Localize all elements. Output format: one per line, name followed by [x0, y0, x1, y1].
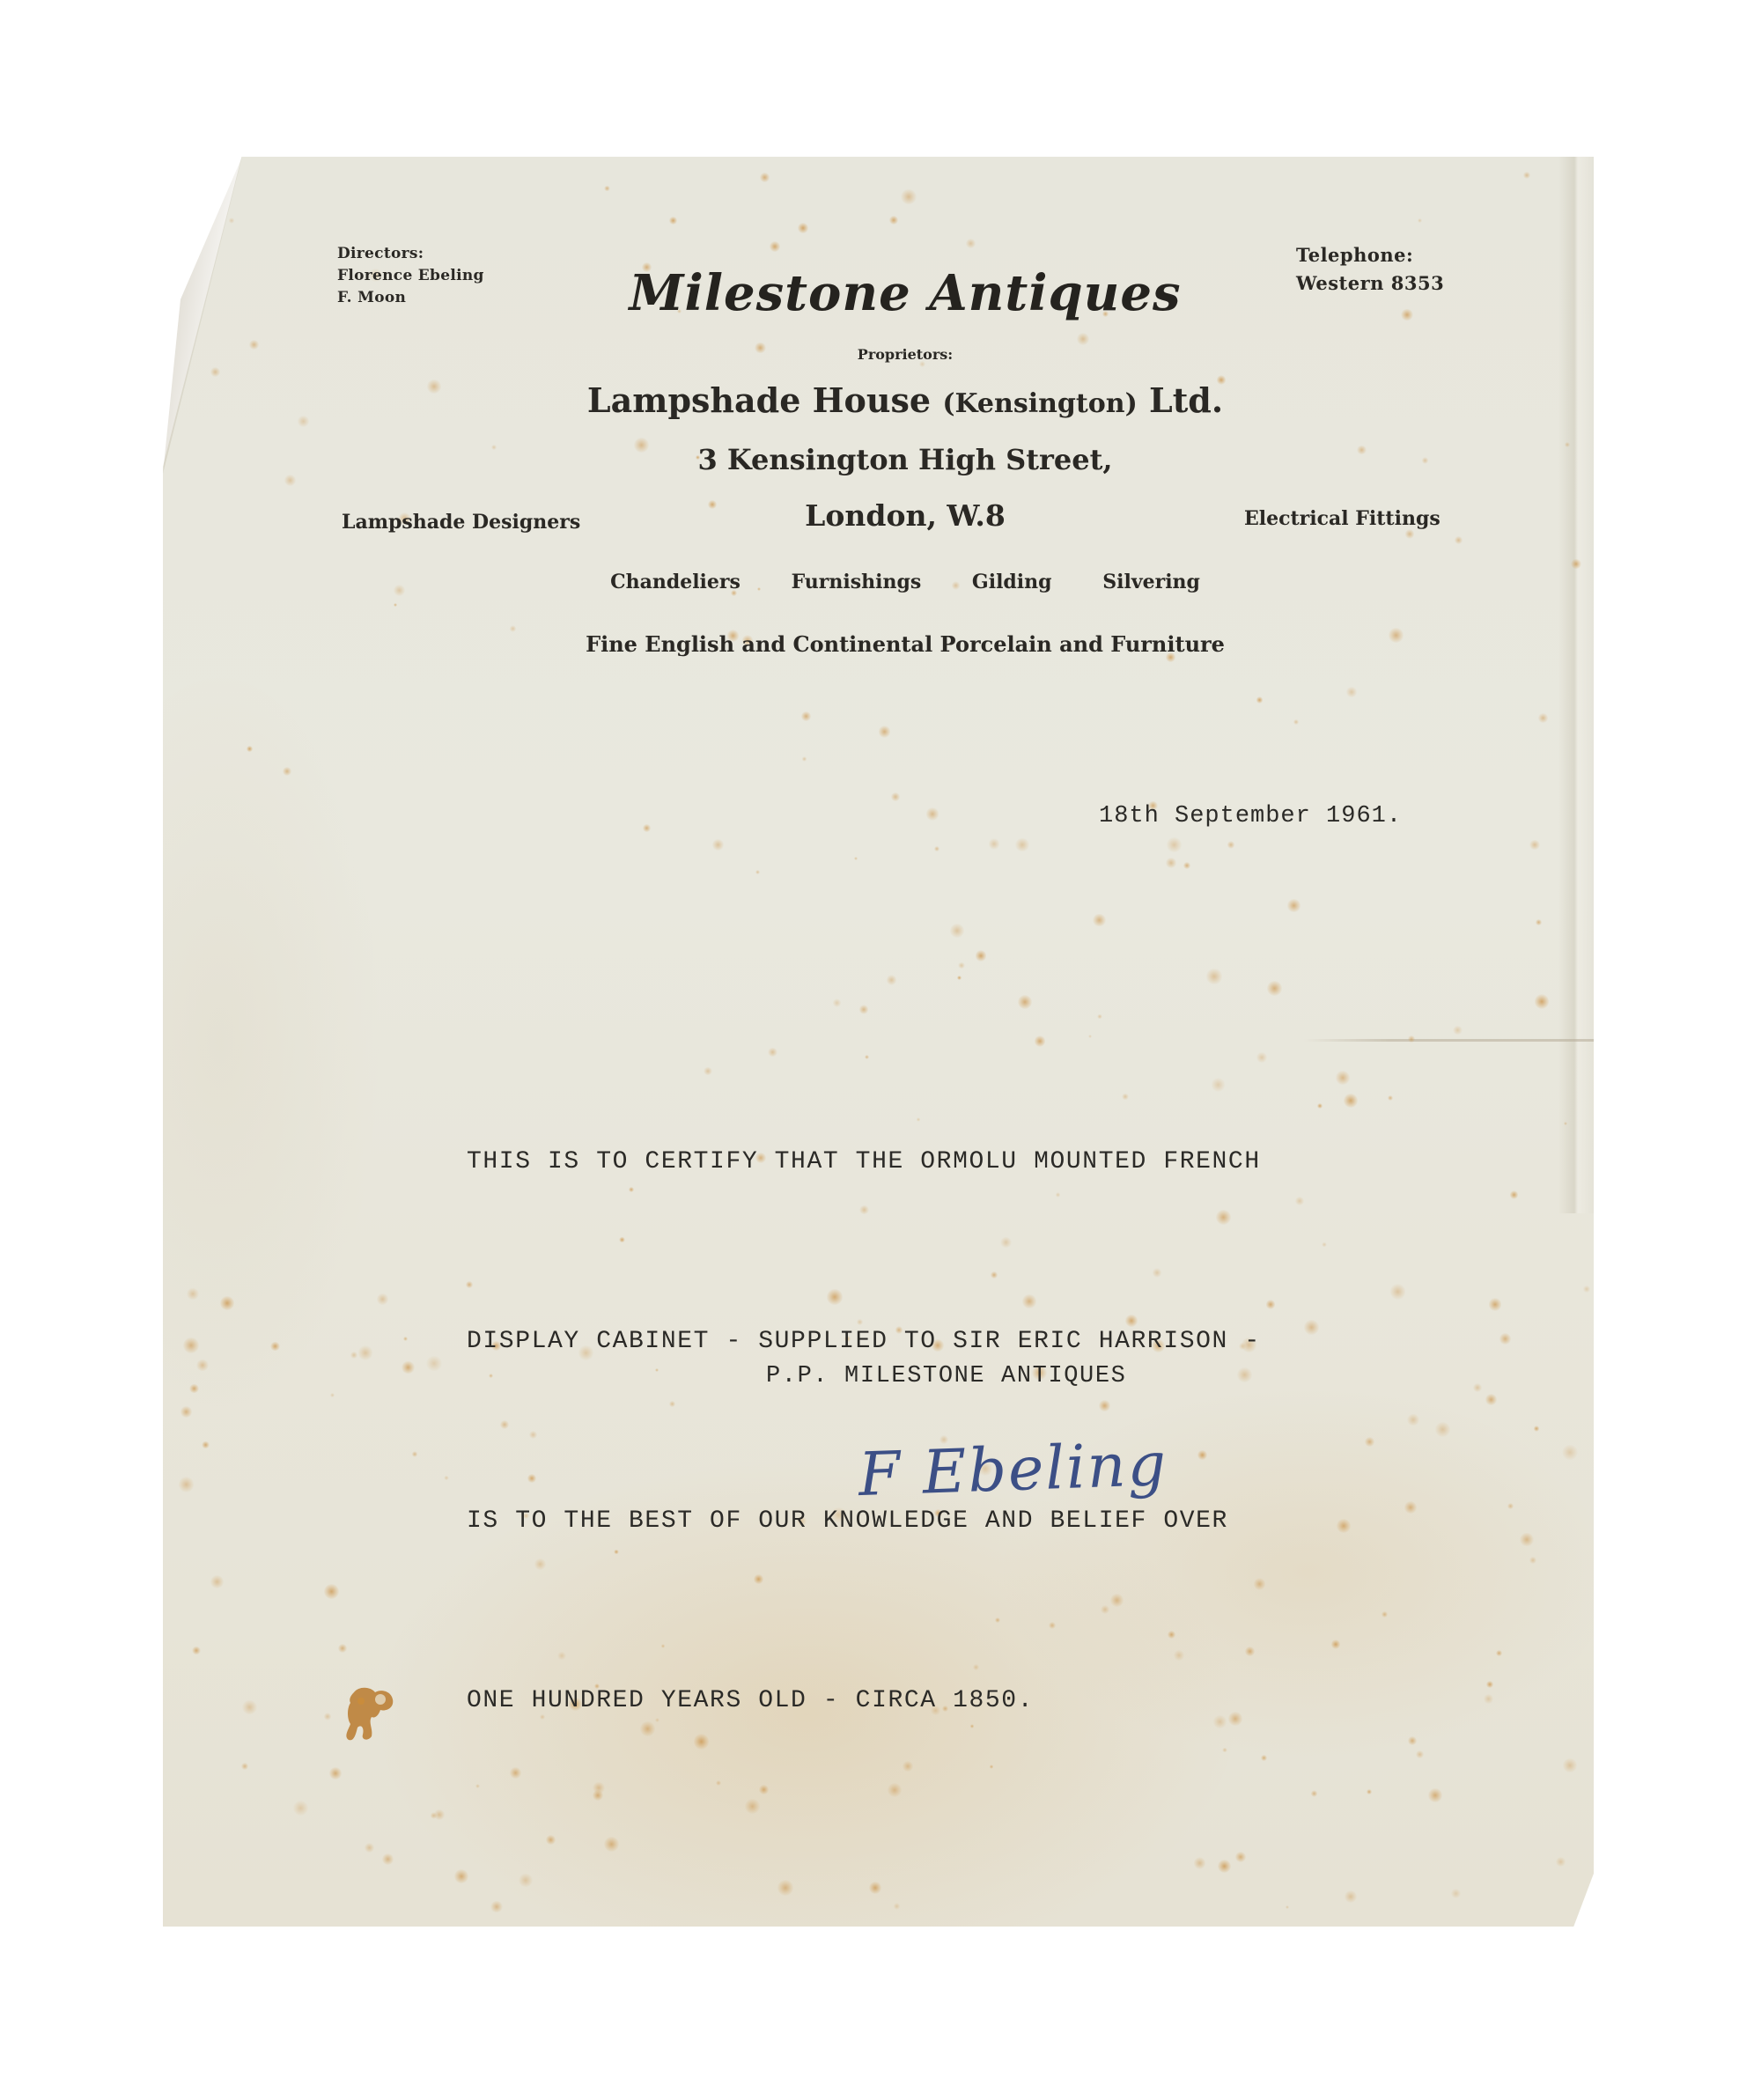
letter-body: THIS IS TO CERTIFY THAT THE ORMOLU MOUNT… — [467, 1013, 1261, 1791]
sign-off: P.P. MILESTONE ANTIQUES — [766, 1363, 1126, 1389]
body-line: ONE HUNDRED YEARS OLD - CIRCA 1850. — [467, 1671, 1261, 1731]
service-item: Chandeliers — [610, 571, 741, 593]
left-service: Lampshade Designers — [342, 511, 580, 534]
tagline: Fine English and Continental Porcelain a… — [25, 631, 1761, 657]
handwritten-signature: F Ebeling — [858, 1430, 1169, 1510]
body-line: THIS IS TO CERTIFY THAT THE ORMOLU MOUNT… — [467, 1132, 1261, 1192]
city: London, W.8 — [25, 498, 1761, 533]
business-name: Milestone Antiques — [25, 264, 1761, 322]
company-name: Lampshade House (Kensington) Ltd. — [25, 380, 1761, 420]
company-name-main: Lampshade House — [587, 380, 931, 420]
proprietors-label: Proprietors: — [25, 346, 1761, 363]
services-list: Chandeliers Furnishings Gilding Silverin… — [25, 571, 1761, 593]
company-suffix: Ltd. — [1149, 380, 1223, 420]
right-service: Electrical Fittings — [1244, 507, 1440, 530]
service-item: Furnishings — [792, 571, 922, 593]
letter-date: 18th September 1961. — [1099, 803, 1402, 829]
service-item: Gilding — [972, 571, 1052, 593]
directors-label: Directors: — [337, 243, 484, 265]
company-name-paren: (Kensington) — [942, 388, 1137, 419]
service-item: Silvering — [1102, 571, 1200, 593]
street-address: 3 Kensington High Street, — [25, 443, 1761, 476]
